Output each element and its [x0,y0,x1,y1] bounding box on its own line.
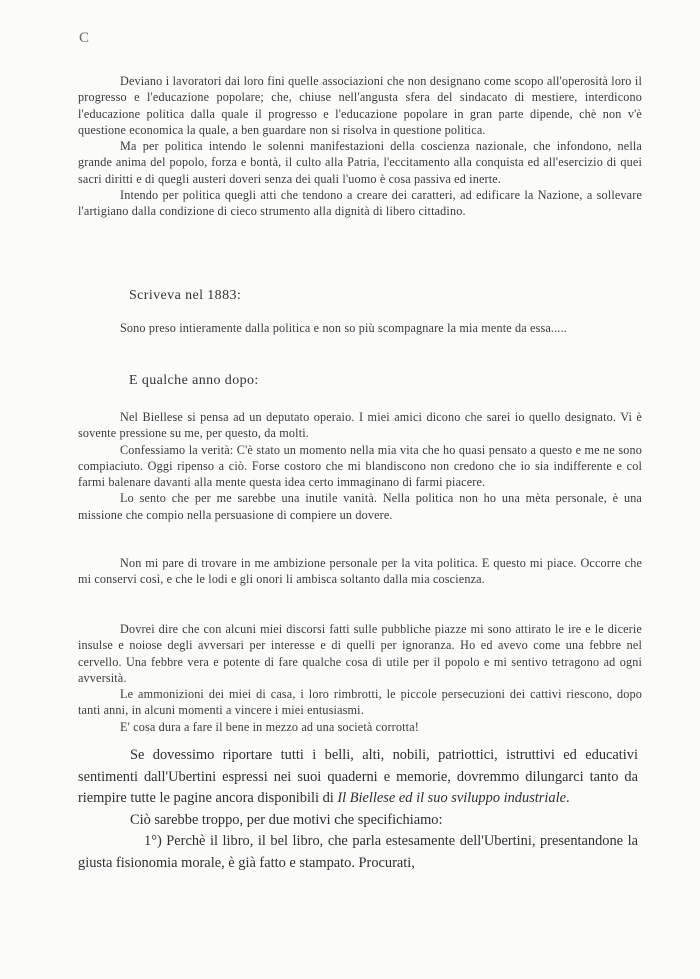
quoted-text-speeches: Dovrei dire che con alcuni miei discorsi… [78,621,642,735]
paragraph: Dovrei dire che con alcuni miei discorsi… [78,621,642,686]
paragraph: Confessiamo la verità: C'è stato un mome… [78,442,642,491]
paragraph: Lo sento che per me sarebbe una inutile … [78,490,642,523]
quoted-text-section-1: Deviano i lavoratori dai loro fini quell… [78,73,642,220]
paragraph: Le ammonizioni dei miei di casa, i loro … [78,686,642,719]
paragraph: Sono preso intieramente dalla politica e… [78,320,642,336]
paragraph: Intendo per politica quegli atti che ten… [78,187,642,220]
paragraph: E' cosa dura a fare il bene in mezzo ad … [78,719,642,735]
page-number: C [79,30,89,47]
quoted-text-1883: Sono preso intieramente dalla politica e… [78,320,642,336]
quoted-text-later: Nel Biellese si pensa ad un deputato ope… [78,409,642,523]
paragraph: Deviano i lavoratori dai loro fini quell… [78,73,642,138]
section-heading-later: E qualche anno dopo: [129,373,259,389]
paragraph: Ma per politica intendo le solenni manif… [78,138,642,187]
quoted-text-ambition: Non mi pare di trovare in me ambizione p… [78,555,642,588]
main-text: Se dovessimo riportare tutti i belli, al… [78,745,638,874]
section-heading-1883: Scriveva nel 1883: [129,288,241,304]
paragraph: Se dovessimo riportare tutti i belli, al… [78,745,638,810]
numbered-paragraph: 1°) Perchè il libro, il bel libro, che p… [78,831,638,874]
paragraph: Nel Biellese si pensa ad un deputato ope… [78,409,642,442]
paragraph: Non mi pare di trovare in me ambizione p… [78,555,642,588]
book-title: Il Biellese ed il suo sviluppo industria… [337,790,566,806]
paragraph: Ciò sarebbe troppo, per due motivi che s… [78,810,638,832]
paragraph-end: . [566,790,570,806]
